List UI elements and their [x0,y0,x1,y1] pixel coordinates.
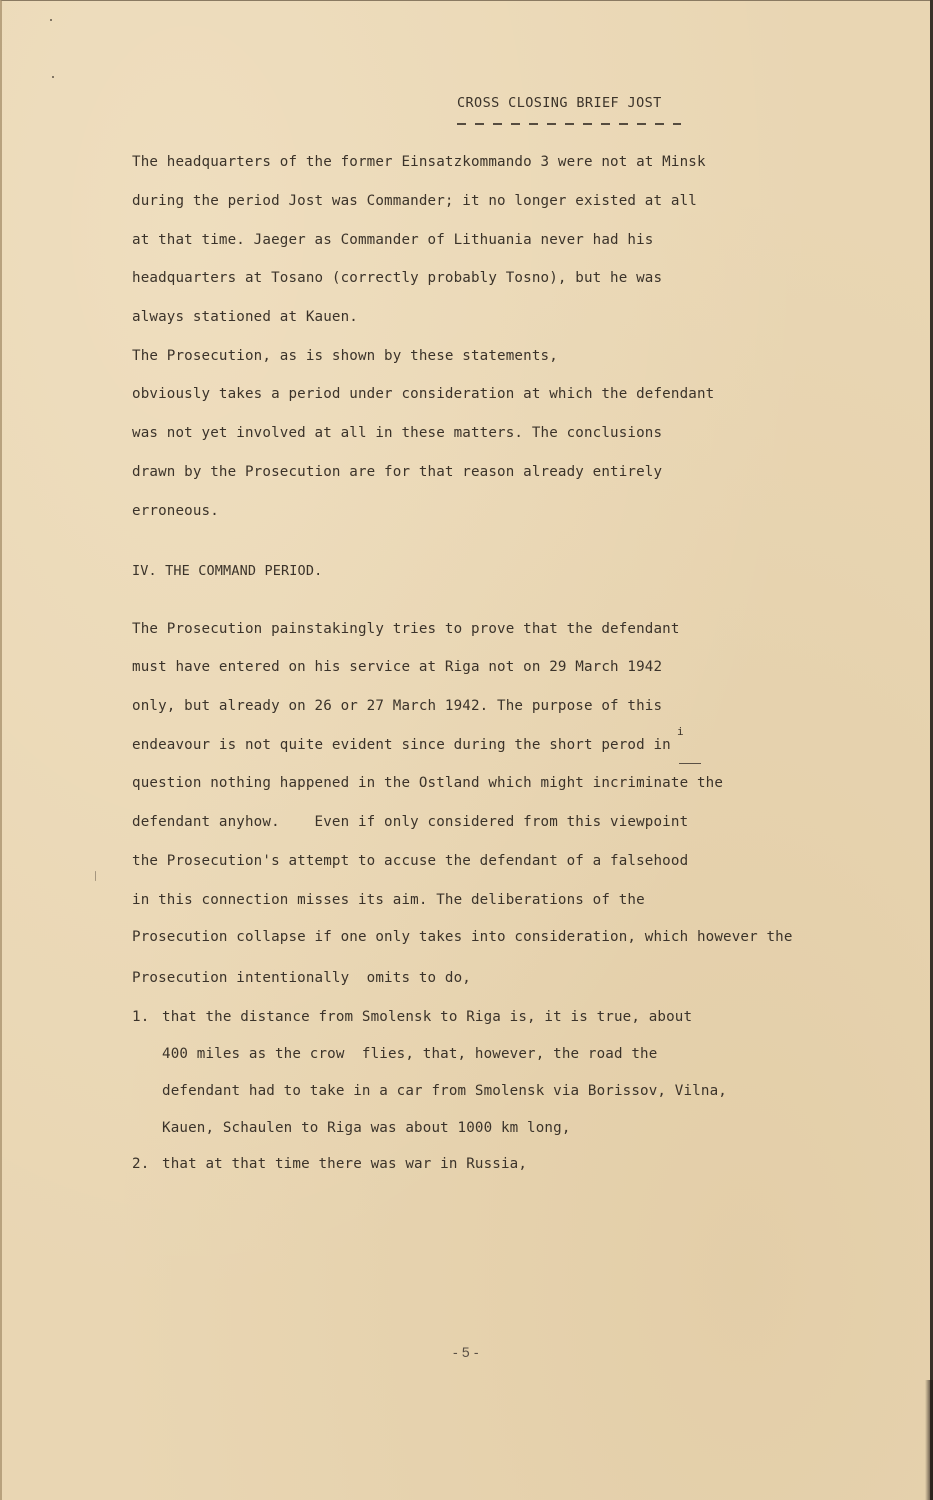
text-line: only, but already on 26 or 27 March 1942… [132,697,662,715]
page-number: - 5 - [453,1343,479,1361]
page-edge-shadow [925,1380,933,1500]
title-underline [457,123,681,125]
handwritten-insert: i [677,725,684,738]
text-line: defendant anyhow. Even if only considere… [132,813,688,831]
document-title: CROSS CLOSING BRIEF JOST [457,94,662,112]
text-line: Prosecution collapse if one only takes i… [132,928,793,946]
paper-speck [50,19,52,21]
text-line: question nothing happened in the Ostland… [132,774,723,792]
text-line: The Prosecution, as is shown by these st… [132,347,558,365]
text-line: The headquarters of the former Einsatzko… [132,153,706,171]
text-line: during the period Jost was Commander; it… [132,192,697,210]
list-marker: 1. [132,1008,149,1026]
text-line: endeavour is not quite evident since dur… [132,736,671,754]
text-line: was not yet involved at all in these mat… [132,424,662,442]
text-line: in this connection misses its aim. The d… [132,891,645,909]
text-line: at that time. Jaeger as Commander of Lit… [132,231,654,249]
section-heading: IV. THE COMMAND PERIOD. [132,562,322,580]
text-line: must have entered on his service at Riga… [132,658,662,676]
list-item-line: Kauen, Schaulen to Riga was about 1000 k… [162,1119,571,1137]
list-item-line: 400 miles as the crow flies, that, howev… [162,1045,657,1063]
list-marker: 2. [132,1155,149,1173]
text-line: always stationed at Kauen. [132,308,358,326]
list-item-line: that at that time there was war in Russi… [162,1155,527,1173]
text-line: The Prosecution painstakingly tries to p… [132,620,680,638]
list-item-line: defendant had to take in a car from Smol… [162,1082,727,1100]
text-line: Prosecution intentionally omits to do, [132,969,471,987]
text-line: erroneous. [132,502,219,520]
correction-mark [679,763,701,764]
document-page: CROSS CLOSING BRIEF JOST The headquarter… [0,0,930,1500]
text-line: the Prosecution's attempt to accuse the … [132,852,688,870]
list-item-line: that the distance from Smolensk to Riga … [162,1008,692,1026]
paper-mark [95,871,96,881]
text-line: obviously takes a period under considera… [132,385,714,403]
text-line: drawn by the Prosecution are for that re… [132,463,662,481]
paper-speck [52,76,54,78]
text-line: headquarters at Tosano (correctly probab… [132,269,662,287]
